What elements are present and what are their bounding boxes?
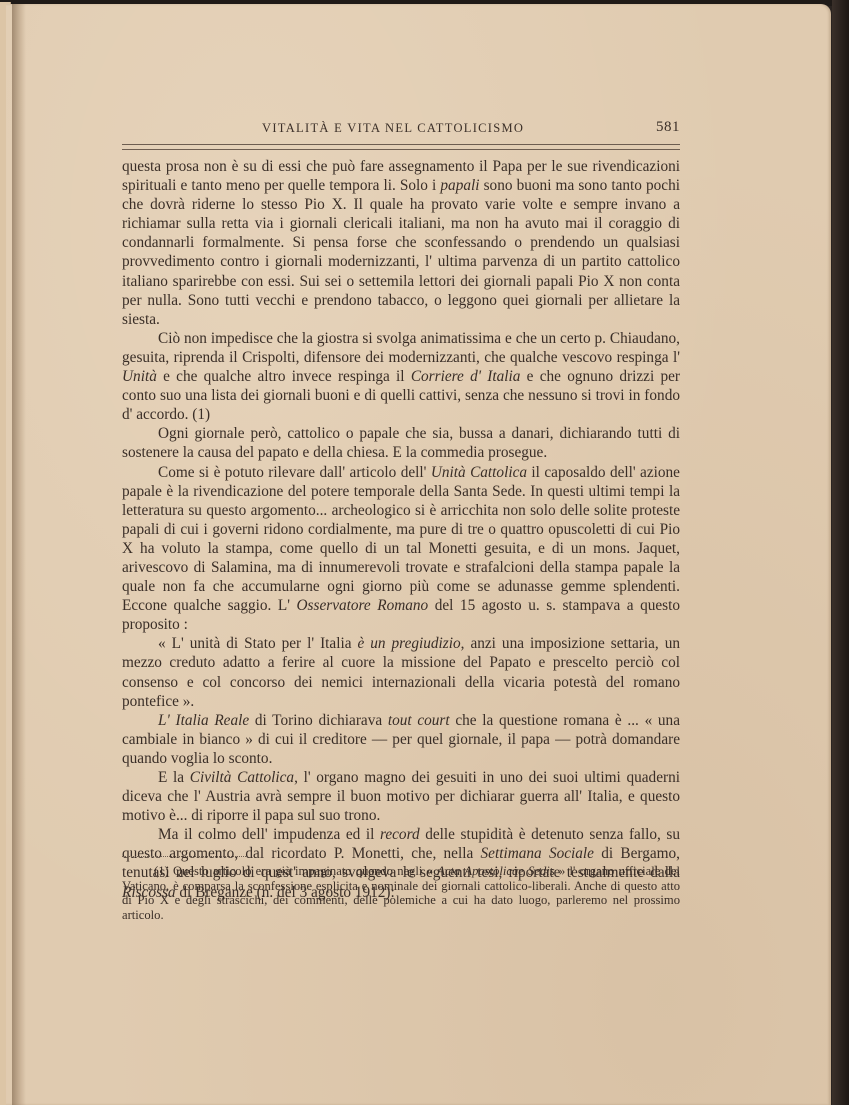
italic-phrase: è un pregiudizio: [357, 635, 460, 652]
paragraph-1: questa prosa non è su di essi che può fa…: [122, 157, 680, 329]
italic-title: Unità: [122, 368, 157, 385]
paragraph-5-quote: « L' unità di Stato per l' Italia è un p…: [122, 634, 680, 710]
italic-term: papali: [440, 177, 479, 194]
paragraph-7: E la Civiltà Cattolica, l' organo magno …: [122, 768, 680, 825]
italic-phrase: tout court: [388, 712, 450, 729]
body-text: questa prosa non è su di essi che può fa…: [122, 157, 680, 902]
paragraph-2: Ciò non impedisce che la giostra si svol…: [122, 329, 680, 424]
paragraph-3: Ogni giornale però, cattolico o papale c…: [122, 424, 680, 462]
scan-backdrop-right: [832, 0, 849, 1105]
italic-title: Unità Cattolica: [431, 464, 527, 481]
italic-term: record: [380, 826, 420, 843]
running-header: VITALITÀ E VITA NEL CATTOLICISMO 581: [122, 121, 682, 141]
italic-title: Osservatore Romano: [297, 597, 429, 614]
footnote-separator: [122, 856, 246, 857]
header-double-rule: [122, 144, 680, 150]
italic-title: Civiltà Cattolica: [190, 769, 294, 786]
footnote: (1) Questo articolo era già impaginato q…: [122, 864, 680, 922]
page-number: 581: [656, 119, 680, 136]
italic-title: Settimana Sociale: [481, 845, 594, 862]
paragraph-6: L' Italia Reale di Torino dichiarava tou…: [122, 711, 680, 768]
italic-title: Corriere d' Italia: [411, 368, 521, 385]
running-title: VITALITÀ E VITA NEL CATTOLICISMO: [262, 121, 524, 136]
italic-title: L' Italia Reale: [158, 712, 249, 729]
italic-title: Acta Apostolicae Sedis: [437, 864, 554, 878]
paragraph-4: Come si è potuto rilevare dall' articolo…: [122, 463, 680, 635]
binding-gutter-shadow: [12, 4, 26, 1105]
